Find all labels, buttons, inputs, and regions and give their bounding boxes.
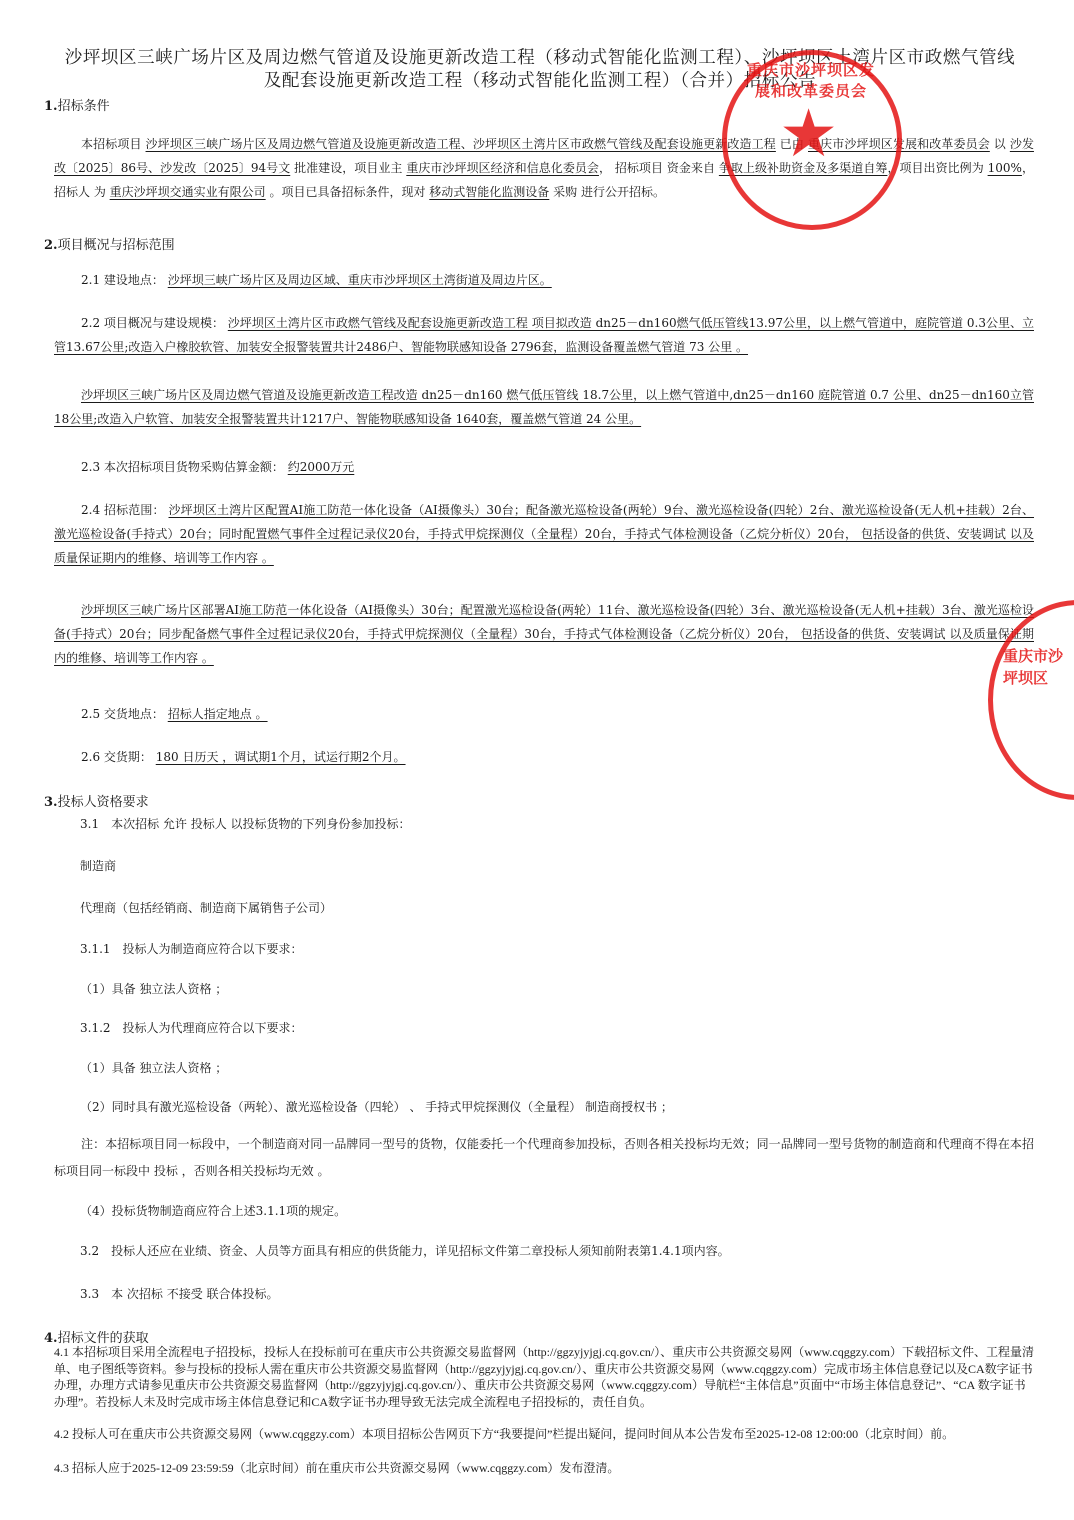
item-2-6: 2.6 交货期： 180 日历天 ，调试期1个月，试运行期2个月。 bbox=[54, 745, 1034, 769]
item-3-1-2: 3.1.2 投标人为代理商应符合以下要求： bbox=[80, 1019, 303, 1036]
section-1-segment: 沙坪坝区三峡广场片区及周边燃气管道及设施更新改造工程、沙坪坝区土湾片区市政燃气管… bbox=[146, 137, 776, 151]
title-line-1: 沙坪坝区三峡广场片区及周边燃气管道及设施更新改造工程（移动式智能化监测工程）、沙… bbox=[40, 47, 1040, 70]
section-1-segment: 移动式智能化监测设备 bbox=[429, 185, 549, 199]
section-1-segment: 以 bbox=[990, 137, 1010, 151]
item-3-1-2-req-1: （1）具备 独立法人资格 ； bbox=[80, 1059, 227, 1076]
section-1-segment: 批准建设，项目业主 bbox=[290, 161, 406, 175]
section-1-segment: 重庆市沙坪坝区经济和信息化委员会 bbox=[406, 161, 599, 175]
item-2-1: 2.1 建设地点： 沙坪坝三峡广场片区及周边区域、重庆市沙坪坝区土湾街道及周边片… bbox=[54, 268, 1034, 292]
item-3-3: 3.3 本 次招标 不接受 联合体投标。 bbox=[80, 1285, 279, 1302]
item-2-2: 2.2 项目概况与建设规模： 沙坪坝区土湾片区市政燃气管线及配套设施更新改造工程… bbox=[54, 311, 1034, 359]
item-4-1: 4.1 本招标项目采用全流程电子招投标，投标人在投标前可在重庆市公共资源交易监督… bbox=[54, 1344, 1034, 1410]
section-1-paragraph: 本招标项目 沙坪坝区三峡广场片区及周边燃气管道及设施更新改造工程、沙坪坝区土湾片… bbox=[54, 132, 1034, 204]
item-3-1-1-req-1: （1）具备 独立法人资格 ； bbox=[80, 980, 227, 997]
item-3-1: 3.1 本次招标 允许 投标人 以投标货物的下列身份参加投标： bbox=[80, 815, 411, 832]
identity-manufacturer: 制造商 bbox=[80, 857, 116, 874]
item-3-2: 3.2 投标人还应在业绩、资金、人员等方面具有相应的供货能力，详见招标文件第二章… bbox=[80, 1242, 730, 1259]
section-1-segment: 采购 进行公开招标。 bbox=[549, 185, 665, 199]
section-3-heading: 3.投标人资格要求 bbox=[44, 791, 149, 810]
section-1-segment: 争取上级补助资金及多渠道自筹 bbox=[719, 161, 888, 175]
item-3-1-2-req-2: （2）同时具有激光巡检设备（两轮）、激光巡检设备（四轮） 、 手持式甲烷探测仪（… bbox=[80, 1098, 673, 1115]
section-1-segment: 。项目已具备招标条件，现对 bbox=[266, 185, 430, 199]
item-3-1-1: 3.1.1 投标人为制造商应符合以下要求： bbox=[80, 940, 303, 957]
section-1-segment: ，项目出资比例为 bbox=[887, 161, 987, 175]
section-1-heading: 1.招标条件 bbox=[44, 95, 110, 114]
section-1-segment: 100% bbox=[988, 161, 1022, 175]
item-2-2-b: 沙坪坝区三峡广场片区及周边燃气管道及设施更新改造工程改造 dn25－dn160 … bbox=[54, 383, 1034, 431]
note-paragraph: 注：本招标项目同一标段中，一个制造商对同一品牌同一型号的货物，仅能委托一个代理商… bbox=[54, 1131, 1034, 1185]
identity-agent: 代理商（包括经销商、制造商下属销售子公司） bbox=[80, 899, 332, 916]
item-2-4: 2.4 招标范围： 沙坪坝区土湾片区配置AI施工防范一体化设备（AI摄像头）30… bbox=[54, 498, 1034, 570]
item-2-5: 2.5 交货地点： 招标人指定地点 。 bbox=[54, 702, 1034, 726]
item-3-4: （4）投标货物制造商应符合上述3.1.1项的规定。 bbox=[80, 1202, 346, 1219]
section-1-segment: 重庆市沙坪坝区发展和改革委员会 bbox=[808, 137, 990, 151]
document-title: 沙坪坝区三峡广场片区及周边燃气管道及设施更新改造工程（移动式智能化监测工程）、沙… bbox=[40, 47, 1040, 93]
section-1-segment: 已由 bbox=[776, 137, 808, 151]
section-1-segment: 本招标项目 bbox=[81, 137, 146, 151]
section-1-segment: 重庆沙坪坝交通实业有限公司 bbox=[110, 185, 266, 199]
section-1-segment: ， 招标项目 资金来自 bbox=[599, 161, 719, 175]
item-2-3: 2.3 本次招标项目货物采购估算金额： 约2000万元 bbox=[54, 455, 1034, 479]
item-2-4-b: 沙坪坝区三峡广场片区部署AI施工防范一体化设备（AI摄像头）30台；配置激光巡检… bbox=[54, 598, 1034, 670]
section-2-heading: 2.项目概况与招标范围 bbox=[44, 234, 175, 253]
title-line-2: 及配套设施更新改造工程（移动式智能化监测工程）（合并）招标公告 bbox=[40, 70, 1040, 93]
item-4-2: 4.2 投标人可在重庆市公共资源交易网（www.cqggzy.com）本项目招标… bbox=[54, 1426, 1034, 1443]
item-4-3: 4.3 招标人应于2025-12-09 23:59:59（北京时间）前在重庆市公… bbox=[54, 1460, 1034, 1477]
